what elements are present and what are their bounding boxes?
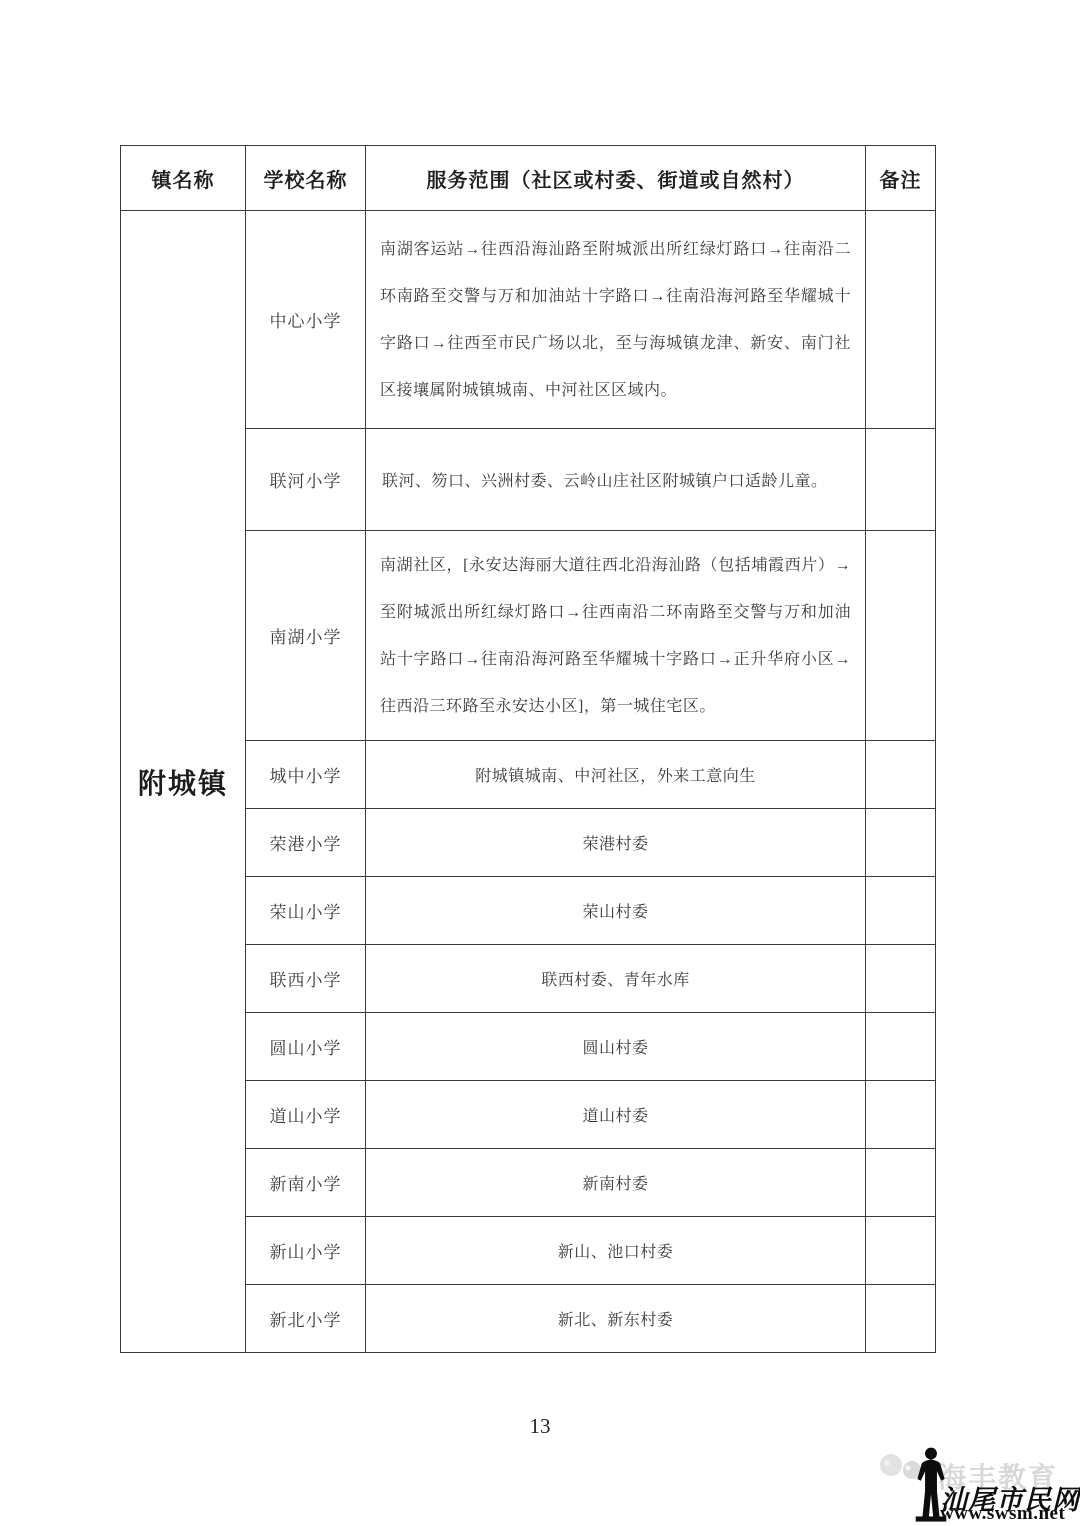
remark-cell: [866, 945, 936, 1013]
school-service-table: 镇名称 学校名称 服务范围（社区或村委、街道或自然村） 备注 附城镇中心小学南湖…: [120, 145, 936, 1353]
service-range-cell: 道山村委: [366, 1081, 866, 1149]
school-name-cell: 南湖小学: [246, 531, 366, 741]
service-range-cell: 联西村委、青年水库: [366, 945, 866, 1013]
service-range-cell: 附城镇城南、中河社区，外来工意向生: [366, 741, 866, 809]
remark-cell: [866, 1013, 936, 1081]
school-name-cell: 联西小学: [246, 945, 366, 1013]
watermark-site-url-text: www.swsm.net: [940, 1503, 1065, 1525]
table-row: 附城镇中心小学南湖客运站→往西沿海汕路至附城派出所红绿灯路口→往南沿二环南路至交…: [121, 211, 936, 429]
header-row: 镇名称 学校名称 服务范围（社区或村委、街道或自然村） 备注: [121, 146, 936, 211]
service-range-cell: 联河、笏口、兴洲村委、云岭山庄社区附城镇户口适龄儿童。: [366, 429, 866, 531]
remark-cell: [866, 1149, 936, 1217]
town-name-cell: 附城镇: [121, 211, 246, 1353]
school-name-cell: 荣山小学: [246, 877, 366, 945]
remark-cell: [866, 429, 936, 531]
school-name-cell: 荣港小学: [246, 809, 366, 877]
school-name-cell: 新南小学: [246, 1149, 366, 1217]
service-range-cell: 南湖客运站→往西沿海汕路至附城派出所红绿灯路口→往南沿二环南路至交警与万和加油站…: [366, 211, 866, 429]
watermark: 海丰教育 汕尾市民网 www.swsm.net: [860, 1400, 1080, 1526]
service-range-cell: 南湖社区，[永安达海丽大道往西北沿海汕路（包括埔霞西片）→至附城派出所红绿灯路口…: [366, 531, 866, 741]
remark-cell: [866, 809, 936, 877]
table-body: 附城镇中心小学南湖客运站→往西沿海汕路至附城派出所红绿灯路口→往南沿二环南路至交…: [121, 211, 936, 1353]
remark-cell: [866, 531, 936, 741]
service-range-cell: 圆山村委: [366, 1013, 866, 1081]
service-range-cell: 荣港村委: [366, 809, 866, 877]
school-name-cell: 城中小学: [246, 741, 366, 809]
remark-cell: [866, 877, 936, 945]
school-name-cell: 新山小学: [246, 1217, 366, 1285]
header-town-name: 镇名称: [121, 146, 246, 211]
school-name-cell: 联河小学: [246, 429, 366, 531]
remark-cell: [866, 741, 936, 809]
remark-cell: [866, 211, 936, 429]
service-range-cell: 荣山村委: [366, 877, 866, 945]
header-school-name: 学校名称: [246, 146, 366, 211]
school-name-cell: 圆山小学: [246, 1013, 366, 1081]
remark-cell: [866, 1081, 936, 1149]
remark-cell: [866, 1285, 936, 1353]
school-name-cell: 新北小学: [246, 1285, 366, 1353]
header-remark: 备注: [866, 146, 936, 211]
document-page: 镇名称 学校名称 服务范围（社区或村委、街道或自然村） 备注 附城镇中心小学南湖…: [0, 0, 1080, 1526]
school-name-cell: 道山小学: [246, 1081, 366, 1149]
remark-cell: [866, 1217, 936, 1285]
service-range-cell: 新北、新东村委: [366, 1285, 866, 1353]
school-name-cell: 中心小学: [246, 211, 366, 429]
service-range-cell: 新山、池口村委: [366, 1217, 866, 1285]
service-range-cell: 新南村委: [366, 1149, 866, 1217]
header-service-range: 服务范围（社区或村委、街道或自然村）: [366, 146, 866, 211]
